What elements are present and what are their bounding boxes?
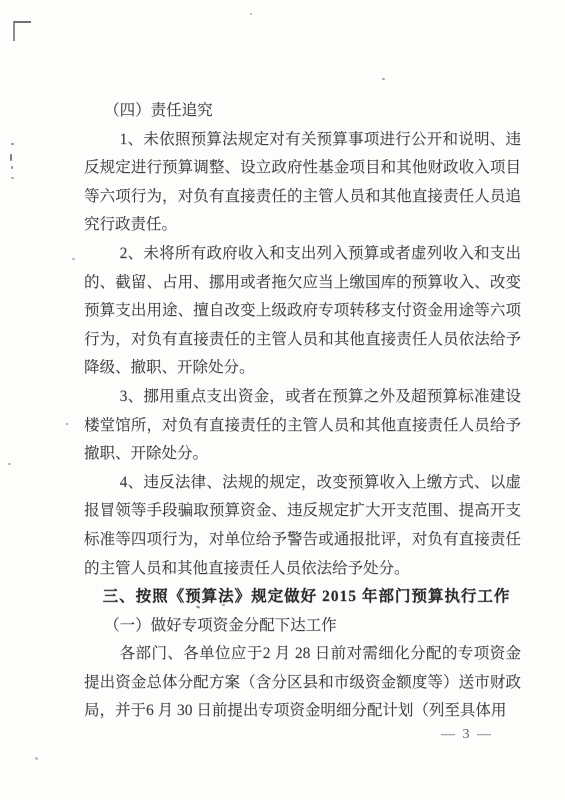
paragraph-item-1: 1、未依照预算法规定对有关预算事项进行公开和说明、违反规定进行预算调整、设立政府… — [84, 126, 521, 240]
scan-artifact — [11, 143, 14, 145]
scan-artifact — [72, 258, 75, 260]
section-heading-fund-allocation: （一）做好专项资金分配下达工作 — [84, 612, 521, 641]
paragraph-item-3: 3、挪用重点支出资金，或者在预算之外及超预算标准建设楼堂馆所，对负有直接责任的主… — [84, 383, 521, 469]
crop-corner-mark — [13, 21, 31, 41]
section-heading-budget-law: 三、按照《预算法》规定做好 2015 年部门预算执行工作 — [84, 583, 521, 612]
document-body: （四）责任追究 1、未依照预算法规定对有关预算事项进行公开和说明、违反规定进行预… — [84, 97, 521, 726]
page-number: — 3 — — [441, 727, 493, 743]
scan-artifact — [66, 423, 68, 425]
scan-artifact — [8, 463, 11, 465]
paragraph-fund-allocation: 各部门、各单位应于2 月 28 日前对需细化分配的专项资金提出资金总体分配方案（… — [84, 640, 521, 726]
scan-artifact — [35, 757, 38, 760]
paragraph-item-4: 4、违反法律、法规的规定，改变预算收入上缴方式、以虚报冒领等手段骗取预算资金、违… — [84, 469, 521, 583]
scan-artifact — [10, 154, 12, 161]
scan-artifact — [250, 13, 252, 15]
scan-artifact — [11, 177, 14, 179]
scan-artifact — [382, 78, 385, 80]
section-heading-responsibility: （四）责任追究 — [84, 97, 521, 126]
paragraph-item-2: 2、未将所有政府收入和支出列入预算或者虚列收入和支出的、截留、占用、挪用或者拖欠… — [84, 240, 521, 383]
scan-artifact — [11, 166, 13, 169]
scanned-document-page: （四）责任追究 1、未依照预算法规定对有关预算事项进行公开和说明、违反规定进行预… — [0, 0, 565, 800]
